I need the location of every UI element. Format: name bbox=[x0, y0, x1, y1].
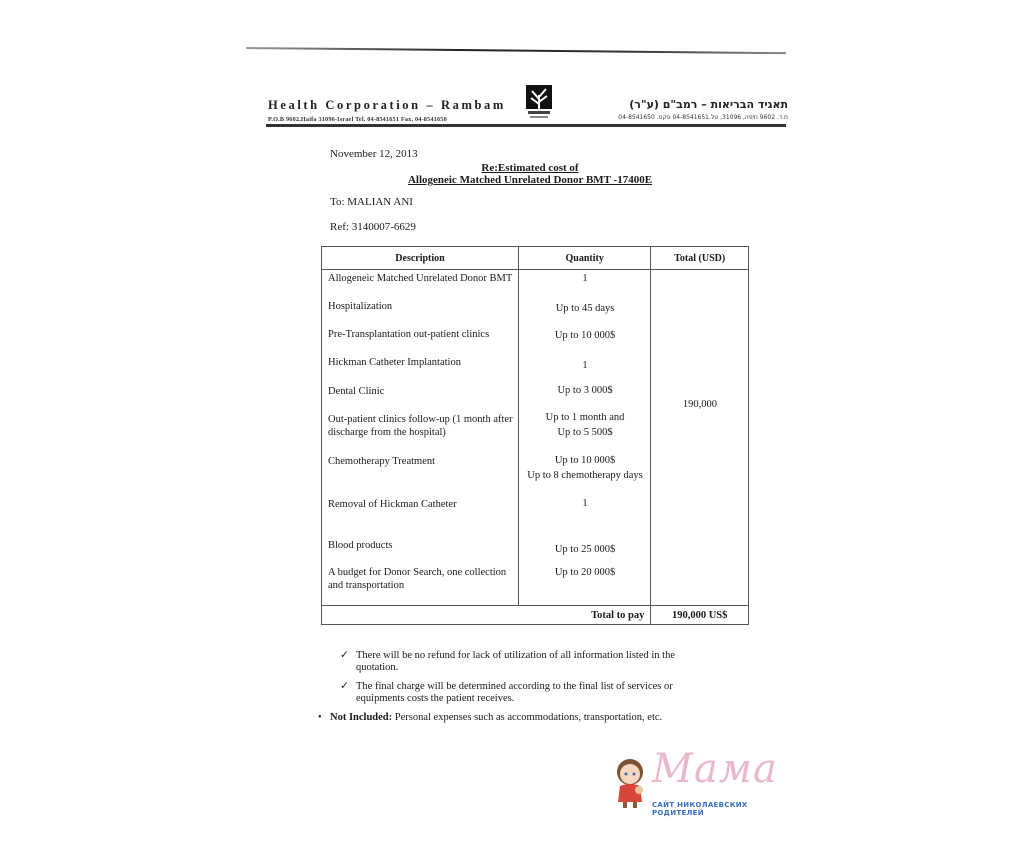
row-quantity: Up to 45 days bbox=[519, 301, 651, 316]
checkmark-icon: ✓ bbox=[340, 681, 349, 693]
note-not-included: • Not Included: Personal expenses such a… bbox=[316, 712, 710, 724]
notes-list: ✓ There will be no refund for lack of ut… bbox=[330, 650, 710, 731]
row-quantity: Up to 10 000$Up to 8 chemotherapy days bbox=[519, 453, 651, 483]
girl-illustration-icon bbox=[608, 756, 652, 810]
row-description: Pre-Transplantation out-patient clinics bbox=[328, 328, 518, 341]
header-total: Total (USD) bbox=[651, 247, 749, 270]
header-description: Description bbox=[322, 247, 519, 270]
bullet-icon: • bbox=[318, 712, 322, 724]
row-description: Hospitalization bbox=[328, 300, 518, 313]
letterhead-rule bbox=[266, 124, 786, 127]
mama-subtitle: САЙТ НИКОЛАЕВСКИХ РОДИТЕЛЕЙ bbox=[652, 801, 790, 817]
row-description: Chemotherapy Treatment bbox=[328, 455, 518, 468]
row-quantity: Up to 1 month andUp to 5 500$ bbox=[519, 410, 651, 440]
reference-number: Ref: 3140007-6629 bbox=[330, 221, 416, 233]
letterhead-hebrew: תאגיד הבריאות – רמב"ם (ע"ר) ת.ד. 9602 חי… bbox=[568, 98, 788, 121]
checkmark-icon: ✓ bbox=[340, 650, 349, 662]
mama-wordmark: Мама bbox=[652, 746, 778, 792]
letter-subject: Re:Estimated cost of Allogeneic Matched … bbox=[380, 162, 680, 186]
org-address-he: ת.ד. 9602 חיפה, 31096, טל.04-8541651 פקס… bbox=[568, 114, 788, 121]
cost-table: Description Quantity Total (USD) Allogen… bbox=[321, 246, 749, 625]
org-name-en: Health Corporation – Rambam bbox=[268, 98, 506, 113]
row-quantity: 1 bbox=[519, 358, 651, 373]
letter-date: November 12, 2013 bbox=[330, 148, 418, 160]
subject-line-1: Re:Estimated cost of bbox=[380, 162, 680, 174]
header-quantity: Quantity bbox=[519, 247, 651, 270]
note-no-refund: ✓ There will be no refund for lack of ut… bbox=[330, 650, 710, 674]
row-description: Out-patient clinics follow-up (1 month a… bbox=[328, 413, 518, 439]
total-to-pay-label: Total to pay bbox=[322, 606, 651, 625]
mama-watermark: Мама САЙТ НИКОЛАЕВСКИХ РОДИТЕЛЕЙ bbox=[604, 752, 790, 812]
org-address-en: P.O.B 9602,Haifa 31096-Israel Tel. 04-85… bbox=[268, 116, 506, 123]
note-final-charge: ✓ The final charge will be determined ac… bbox=[330, 681, 710, 705]
row-quantity: Up to 25 000$ bbox=[519, 542, 651, 557]
row-description: Dental Clinic bbox=[328, 385, 518, 398]
row-description: Blood products bbox=[328, 539, 518, 552]
recipient: To: MALIAN ANI bbox=[330, 196, 413, 208]
row-quantity: Up to 3 000$ bbox=[519, 383, 651, 398]
total-to-pay-value: 190,000 US$ bbox=[651, 606, 749, 625]
quantity-column: 1Up to 45 daysUp to 10 000$1Up to 3 000$… bbox=[519, 270, 650, 605]
row-quantity: Up to 10 000$ bbox=[519, 328, 651, 343]
row-description: Removal of Hickman Catheter bbox=[328, 498, 518, 511]
row-quantity: 1 bbox=[519, 271, 651, 286]
row-description: A budget for Donor Search, one collectio… bbox=[328, 566, 518, 592]
row-description: Allogeneic Matched Unrelated Donor BMT bbox=[328, 272, 518, 285]
total-value: 190,000 bbox=[651, 399, 748, 410]
description-column: Allogeneic Matched Unrelated Donor BMTHo… bbox=[322, 270, 518, 605]
org-name-he: תאגיד הבריאות – רמב"ם (ע"ר) bbox=[568, 98, 788, 111]
row-quantity: Up to 20 000$ bbox=[519, 565, 651, 580]
rambam-tree-logo-icon bbox=[526, 85, 552, 119]
row-description: Hickman Catheter Implantation bbox=[328, 356, 518, 369]
scan-top-line bbox=[246, 47, 786, 54]
row-quantity: 1 bbox=[519, 496, 651, 511]
subject-line-2: Allogeneic Matched Unrelated Donor BMT -… bbox=[380, 174, 680, 186]
letterhead-english: Health Corporation – Rambam P.O.B 9602,H… bbox=[268, 98, 506, 123]
